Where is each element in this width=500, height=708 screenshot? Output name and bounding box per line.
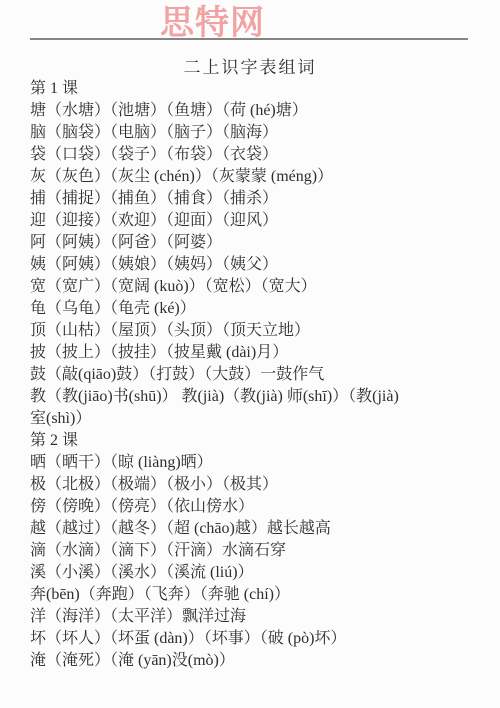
text-line: 淹（淹死）（淹 (yān)没(mò)） <box>30 650 488 672</box>
text-line: 捕（捕捉）（捕鱼）（捕食）（捕杀） <box>30 188 488 210</box>
text-line: 越（越过）（越冬）（超 (chāo)越）越长越高 <box>30 518 488 540</box>
text-line: 傍（傍晚）（傍亮）（依山傍水） <box>30 496 488 518</box>
text-line: 教（教(jiāo)书(shū)） 教(jià)（教(jià) 师(shī)）（教… <box>30 386 488 408</box>
text-line: 袋（口袋）（袋子）（布袋）（衣袋） <box>30 144 488 166</box>
text-line: 坏（坏人）（坏蛋 (dàn)）（坏事）（破 (pò)坏） <box>30 628 488 650</box>
text-line: 迎（迎接）（欢迎）（迎面）（迎风） <box>30 210 488 232</box>
text-line: 灰（灰色）（灰尘 (chén)）（灰蒙蒙 (méng)） <box>30 166 488 188</box>
text-line: 洋（海洋）（太平洋）飘洋过海 <box>30 606 488 628</box>
text-line: 溪（小溪）（溪水）（溪流 (liú)） <box>30 562 488 584</box>
document-page: 思特网 二上识字表组词 第 1 课塘（水塘）（池塘）（鱼塘）（荷 (hé)塘）脑… <box>0 0 500 708</box>
text-line: 奔(bēn)（奔跑）（飞奔）（奔驰 (chí)） <box>30 584 488 606</box>
text-line: 晒（晒干）（晾 (liàng)晒） <box>30 452 488 474</box>
text-line: 顶（山枯）（屋顶）（头顶）（顶天立地） <box>30 320 488 342</box>
site-watermark: 思特网 <box>160 6 265 40</box>
text-line: 脑（脑袋）（电脑）（脑子）（脑海） <box>30 122 488 144</box>
text-line: 姨（阿姨）（姨娘）（姨妈）（姨父） <box>30 254 488 276</box>
text-line: 第 1 课 <box>30 78 488 100</box>
text-line: 塘（水塘）（池塘）（鱼塘）（荷 (hé)塘） <box>30 100 488 122</box>
text-line: 披（披上）（披挂）（披星戴 (dài)月） <box>30 342 488 364</box>
text-line: 宽（宽广）（宽阔 (kuò)）（宽松）（宽大） <box>30 276 488 298</box>
page-title: 二上识字表组词 <box>0 53 500 78</box>
text-line: 龟（乌龟）（龟壳 (ké)） <box>30 298 488 320</box>
document-body: 第 1 课塘（水塘）（池塘）（鱼塘）（荷 (hé)塘）脑（脑袋）（电脑）（脑子）… <box>30 78 488 672</box>
text-line: 极（北极）（极端）（极小）（极其） <box>30 474 488 496</box>
text-line: 第 2 课 <box>30 430 488 452</box>
text-line: 鼓（敲(qiāo)鼓）（打鼓）（大鼓）一鼓作气 <box>30 364 488 386</box>
text-line: 阿（阿姨）（阿爸）（阿婆） <box>30 232 488 254</box>
text-line: 室(shì)） <box>30 408 488 430</box>
text-line: 滴（水滴）（滴下）（汗滴）水滴石穿 <box>30 540 488 562</box>
